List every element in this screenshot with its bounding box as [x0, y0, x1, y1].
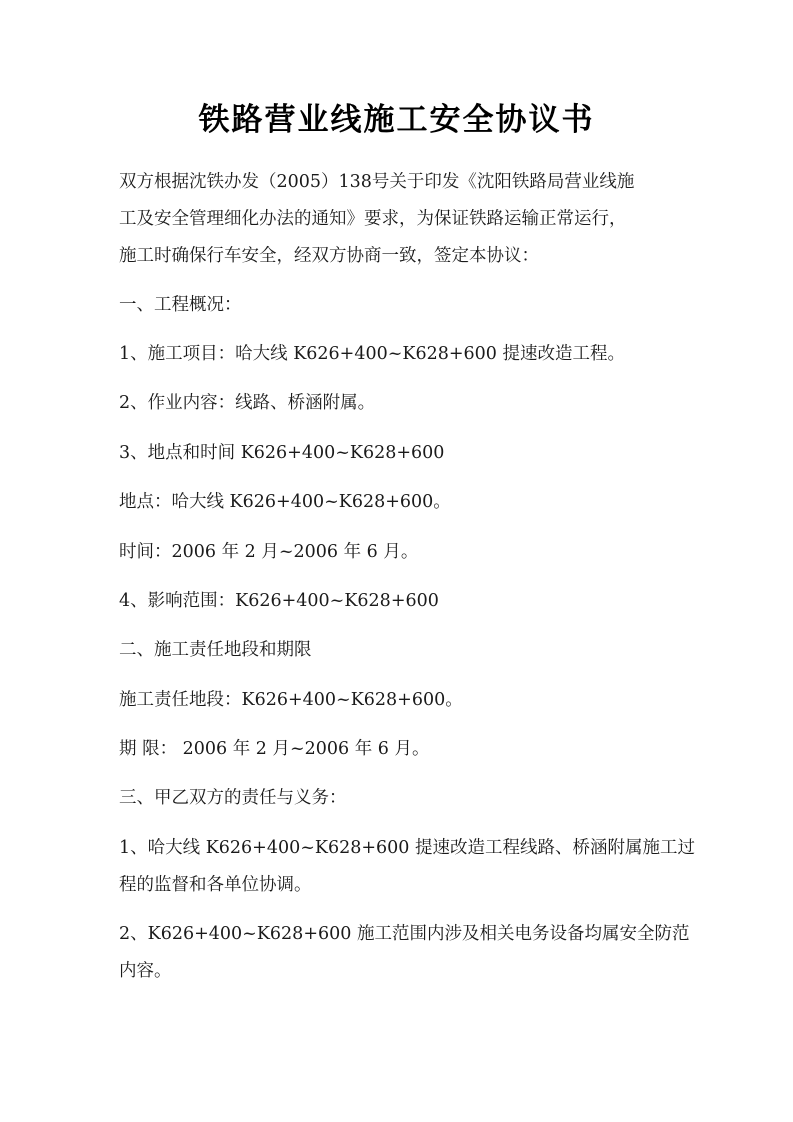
paragraph-line: 双方根据沈铁办发（2005）138号关于印发《沈阳铁路局营业线施	[119, 172, 634, 192]
paragraph-line: 1、哈大线 K626+400~K628+600 提速改造工程线路、桥涵附属施工过	[119, 838, 695, 858]
document-title: 铁路营业线施工安全协议书	[0, 94, 793, 139]
paragraph-line: 内容。	[119, 961, 172, 981]
paragraph-line: 4、影响范围：K626+400~K628+600	[119, 591, 439, 611]
paragraph-line: 三、甲乙双方的责任与义务：	[119, 788, 347, 808]
paragraph-line: 施工时确保行车安全，经双方协商一致，签定本协议：	[119, 246, 539, 266]
paragraph-line: 2、作业内容：线路、桥涵附属。	[119, 393, 375, 413]
paragraph-line: 地点：哈大线 K626+400~K628+600。	[119, 492, 451, 512]
paragraph-line: 期 限： 2006 年 2 月~2006 年 6 月。	[119, 739, 430, 759]
paragraph-line: 程的监督和各单位协调。	[119, 875, 312, 895]
paragraph-line: 时间：2006 年 2 月~2006 年 6 月。	[119, 542, 418, 562]
paragraph-line: 一、工程概况：	[119, 295, 242, 315]
paragraph-line: 1、施工项目：哈大线 K626+400~K628+600 提速改造工程。	[119, 344, 625, 364]
paragraph-line: 3、地点和时间 K626+400~K628+600	[119, 443, 444, 463]
paragraph-line: 二、施工责任地段和期限	[119, 640, 312, 660]
paragraph-line: 工及安全管理细化办法的通知》要求，为保证铁路运输正常运行，	[119, 209, 627, 229]
paragraph-line: 2、K626+400~K628+600 施工范围内涉及相关电务设备均属安全防范	[119, 924, 689, 944]
paragraph-line: 施工责任地段：K626+400~K628+600。	[119, 690, 463, 710]
